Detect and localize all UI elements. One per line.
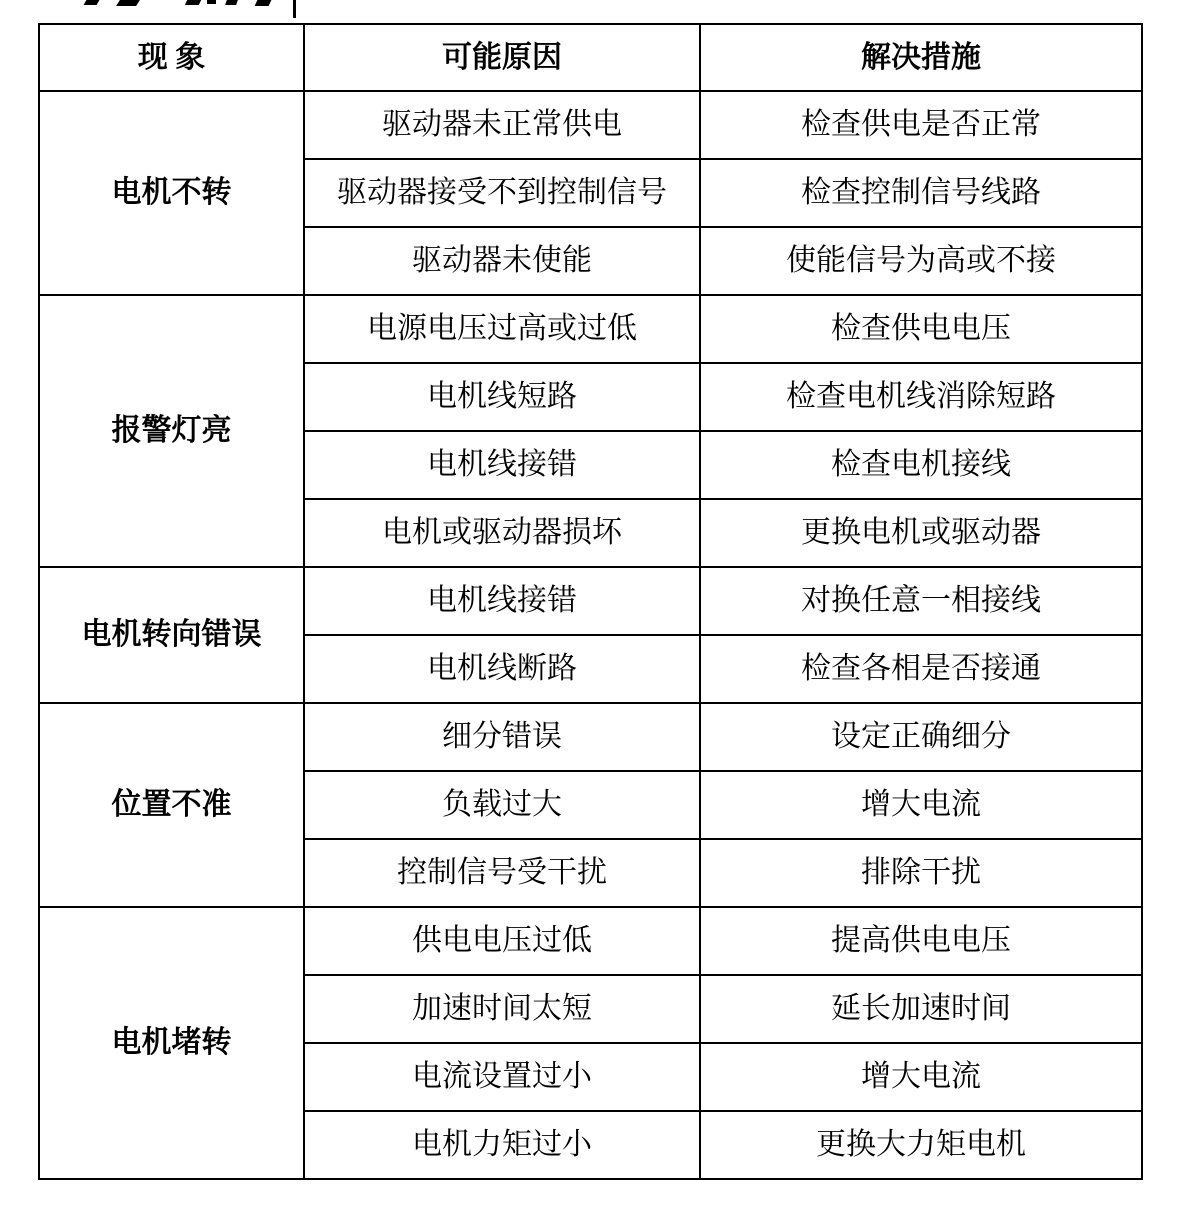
cause-cell: 驱动器未使能 [304,227,700,295]
cause-cell: 电机线短路 [304,363,700,431]
document-page: 现 象 可能原因 解决措施 电机不转 驱动器未正常供电 检查供电是否正常 驱动器… [0,0,1193,1221]
cause-cell: 驱动器接受不到控制信号 [304,159,700,227]
solution-cell: 对换任意一相接线 [700,567,1142,635]
solution-cell: 检查控制信号线路 [700,159,1142,227]
solution-cell: 排除干扰 [700,839,1142,907]
clipped-character-fragment [225,0,238,5]
cause-cell: 电机线接错 [304,567,700,635]
cause-cell: 电流设置过小 [304,1043,700,1111]
cause-cell: 加速时间太短 [304,975,700,1043]
phenomenon-cell: 位置不准 [39,703,304,907]
phenomenon-cell: 电机不转 [39,91,304,295]
header-phenomenon: 现 象 [39,24,304,91]
table-row: 报警灯亮 电源电压过高或过低 检查供电电压 [39,295,1142,363]
solution-cell: 增大电流 [700,1043,1142,1111]
solution-cell: 更换大力矩电机 [700,1111,1142,1179]
table-row: 电机转向错误 电机线接错 对换任意一相接线 [39,567,1142,635]
phenomenon-cell: 报警灯亮 [39,295,304,567]
cause-cell: 电机力矩过小 [304,1111,700,1179]
solution-cell: 增大电流 [700,771,1142,839]
cause-cell: 负载过大 [304,771,700,839]
clipped-character-fragment [207,0,216,4]
clipped-character-fragment [185,0,201,5]
cause-cell: 控制信号受干扰 [304,839,700,907]
table-header-row: 现 象 可能原因 解决措施 [39,24,1142,91]
solution-cell: 延长加速时间 [700,975,1142,1043]
table-row: 电机堵转 供电电压过低 提高供电电压 [39,907,1142,975]
text-cursor-mark [293,0,296,18]
clipped-character-fragment [84,0,100,5]
solution-cell: 检查各相是否接通 [700,635,1142,703]
cause-cell: 电机或驱动器损坏 [304,499,700,567]
solution-cell: 设定正确细分 [700,703,1142,771]
solution-cell: 更换电机或驱动器 [700,499,1142,567]
solution-cell: 提高供电电压 [700,907,1142,975]
solution-cell: 检查供电电压 [700,295,1142,363]
solution-cell: 检查供电是否正常 [700,91,1142,159]
phenomenon-cell: 电机转向错误 [39,567,304,703]
clipped-character-fragment [255,0,272,6]
cause-cell: 供电电压过低 [304,907,700,975]
cause-cell: 电源电压过高或过低 [304,295,700,363]
solution-cell: 使能信号为高或不接 [700,227,1142,295]
header-solution: 解决措施 [700,24,1142,91]
table-row: 位置不准 细分错误 设定正确细分 [39,703,1142,771]
cause-cell: 电机线断路 [304,635,700,703]
table-row: 电机不转 驱动器未正常供电 检查供电是否正常 [39,91,1142,159]
cause-cell: 驱动器未正常供电 [304,91,700,159]
clipped-character-fragment [116,0,140,6]
solution-cell: 检查电机接线 [700,431,1142,499]
phenomenon-cell: 电机堵转 [39,907,304,1179]
cause-cell: 电机线接错 [304,431,700,499]
troubleshooting-table: 现 象 可能原因 解决措施 电机不转 驱动器未正常供电 检查供电是否正常 驱动器… [38,23,1143,1180]
cause-cell: 细分错误 [304,703,700,771]
header-cause: 可能原因 [304,24,700,91]
solution-cell: 检查电机线消除短路 [700,363,1142,431]
